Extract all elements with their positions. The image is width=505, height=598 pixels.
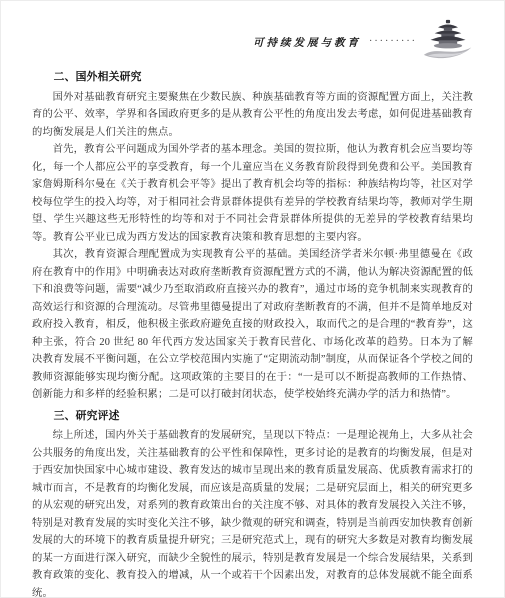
section-heading-foreign-research: 二、国外相关研究 bbox=[32, 69, 473, 87]
paragraph-foreign-overview: 国外对基础教育研究主要聚焦在少数民族、种族基础教育等方面的资源配置方面上，关注教… bbox=[32, 89, 473, 142]
paragraph-review-summary: 综上所述，国内外关于基础教育的发展研究，呈现以下特点：一是理论视角上，大多从社会… bbox=[32, 427, 473, 598]
running-head: 可持续发展与教育 ········· bbox=[32, 19, 473, 65]
section-heading-research-review: 三、研究评述 bbox=[32, 408, 473, 426]
paragraph-education-equity: 首先，教育公平问题成为国外学者的基本理念。美国的贺拉斯，他认为教育机会应当要均等… bbox=[32, 141, 473, 246]
running-head-title: 可持续发展与教育 bbox=[253, 35, 361, 50]
book-page: 可持续发展与教育 ········· bbox=[0, 0, 505, 598]
page-content: 二、国外相关研究 国外对基础教育研究主要聚焦在少数民族、种族基础教育等方面的资源… bbox=[32, 69, 473, 598]
paragraph-resource-allocation: 其次，教育资源合理配置成为实现教育公平的基础。美国经济学者米尔顿·弗里德曼在《政… bbox=[32, 246, 473, 404]
pagoda-tower-logo-icon bbox=[423, 19, 473, 65]
running-head-dots: ········· bbox=[369, 36, 417, 47]
